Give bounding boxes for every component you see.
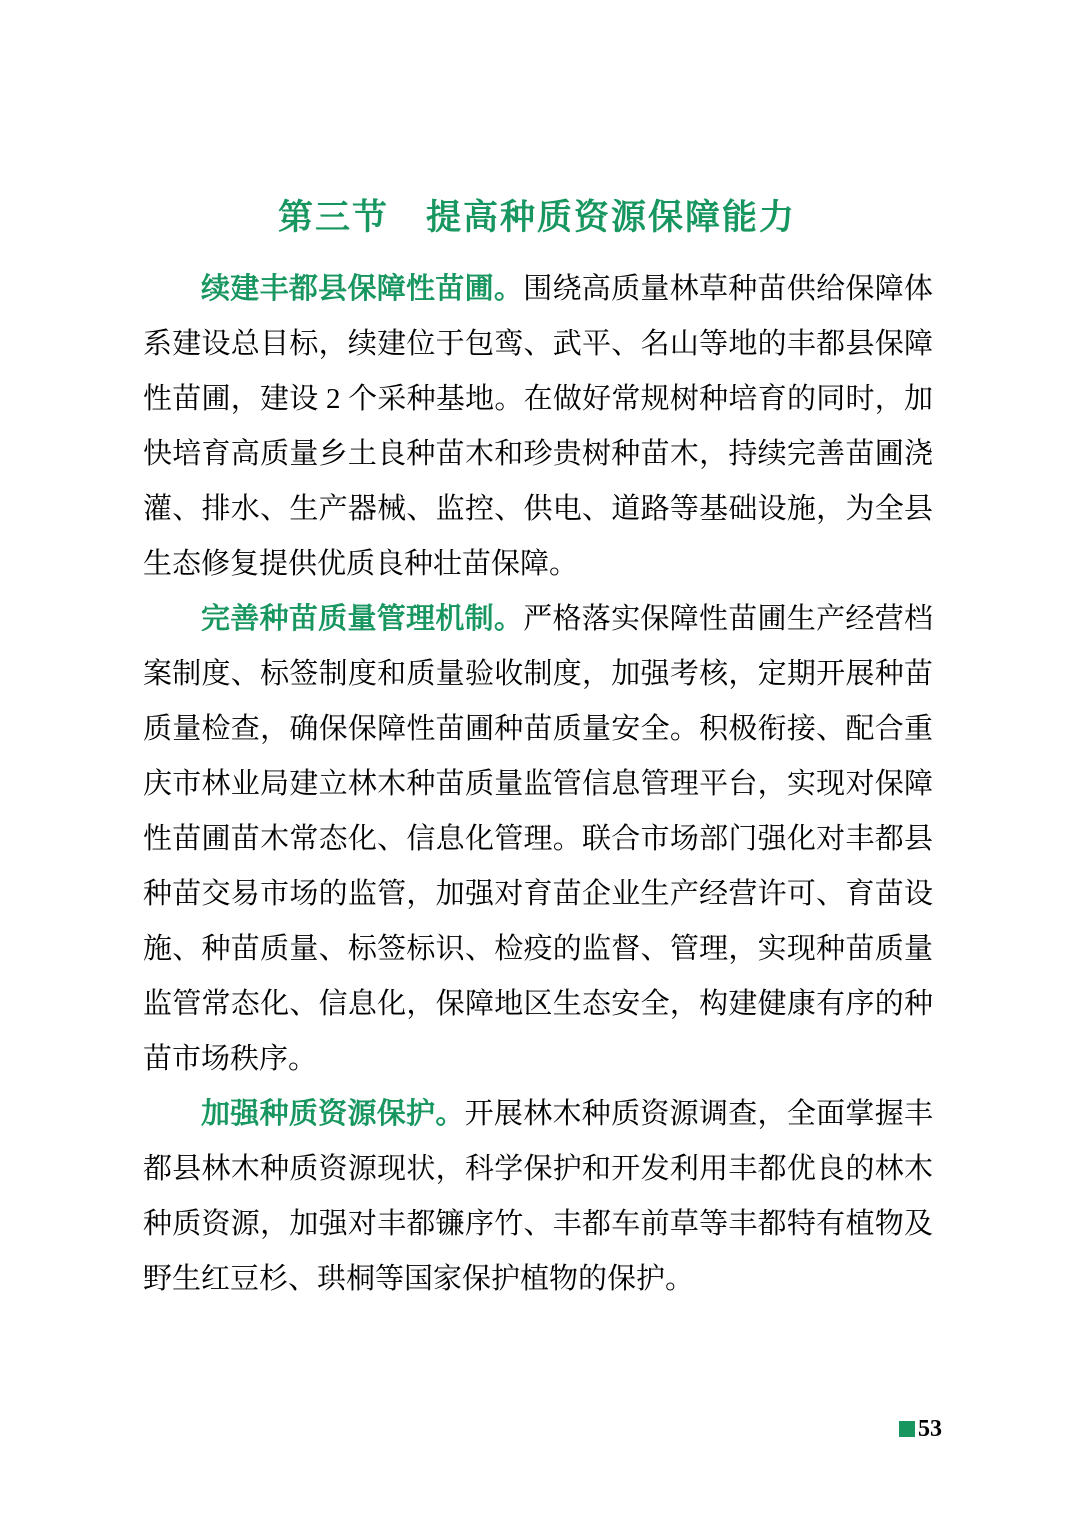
paragraph: 续建丰都县保障性苗圃。围绕高质量林草种苗供给保障体系建设总目标，续建位于包鸾、武… xyxy=(143,262,933,592)
paragraph: 加强种质资源保护。开展林木种质资源调查，全面掌握丰都县林木种质资源现状，科学保护… xyxy=(143,1087,933,1307)
page-footer: 53 xyxy=(899,1417,942,1441)
paragraph-lead-heading: 加强种质资源保护。 xyxy=(201,1098,465,1130)
page-number: 53 xyxy=(918,1417,942,1441)
section-title: 第三节 提高种质资源保障能力 xyxy=(0,190,1074,240)
paragraph-text: 围绕高质量林草种苗供给保障体系建设总目标，续建位于包鸾、武平、名山等地的丰都县保… xyxy=(143,273,933,580)
document-body: 续建丰都县保障性苗圃。围绕高质量林草种苗供给保障体系建设总目标，续建位于包鸾、武… xyxy=(143,262,933,1307)
paragraph-lead-heading: 续建丰都县保障性苗圃。 xyxy=(201,273,523,305)
paragraph-text: 严格落实保障性苗圃生产经营档案制度、标签制度和质量验收制度，加强考核，定期开展种… xyxy=(143,603,933,1075)
paragraph-lead-heading: 完善种苗质量管理机制。 xyxy=(201,603,523,635)
paragraph: 完善种苗质量管理机制。严格落实保障性苗圃生产经营档案制度、标签制度和质量验收制度… xyxy=(143,592,933,1087)
document-page: 第三节 提高种质资源保障能力 续建丰都县保障性苗圃。围绕高质量林草种苗供给保障体… xyxy=(0,0,1074,1520)
page-number-marker-square xyxy=(899,1421,915,1437)
